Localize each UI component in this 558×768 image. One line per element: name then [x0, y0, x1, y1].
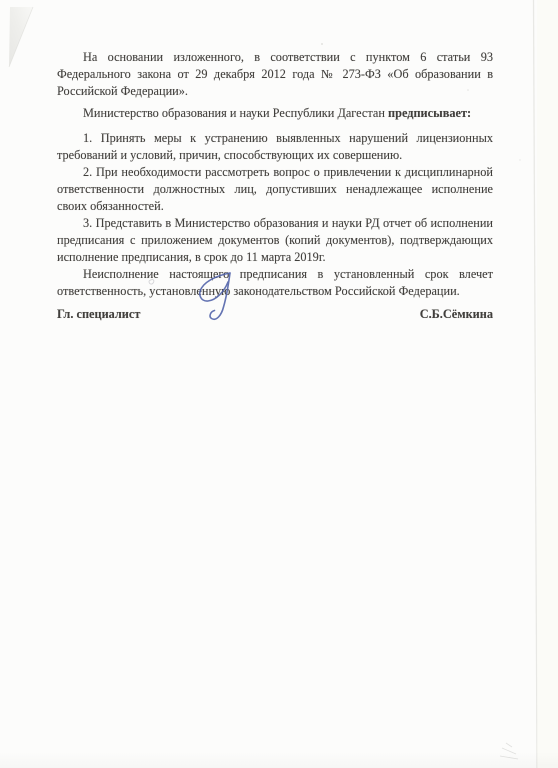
scan-bottom-shadow — [0, 752, 558, 768]
signer-position: Гл. специалист — [57, 306, 140, 323]
order-item-1: 1. Принять меры к устранению выявленных … — [57, 130, 493, 164]
order-items-block: 1. Принять меры к устранению выявленных … — [57, 130, 493, 300]
ministry-name-text: Министерство образования и науки Республ… — [83, 106, 388, 120]
paragraph-ministry-order: Министерство образования и науки Республ… — [57, 105, 493, 122]
signature-row: Гл. специалист С.Б.Сёмкина — [57, 306, 493, 323]
scanned-document-page: На основании изложенного, в соответствии… — [0, 0, 558, 768]
prescribes-keyword: предписывает: — [388, 106, 471, 120]
paragraph-liability-warning: Неисполнение настоящего предписания в ус… — [57, 266, 493, 300]
signer-name: С.Б.Сёмкина — [420, 306, 493, 323]
document-content: На основании изложенного, в соответствии… — [57, 49, 493, 323]
page-corner-fold — [9, 7, 33, 67]
order-item-2: 2. При необходимости рассмотреть вопрос … — [57, 164, 493, 215]
order-item-3: 3. Представить в Министерство образовани… — [57, 215, 493, 266]
paragraph-legal-basis: На основании изложенного, в соответствии… — [57, 49, 493, 100]
handwritten-signature — [188, 266, 244, 324]
scan-page-edge-line — [534, 0, 538, 768]
bottom-right-smudge — [500, 743, 518, 759]
